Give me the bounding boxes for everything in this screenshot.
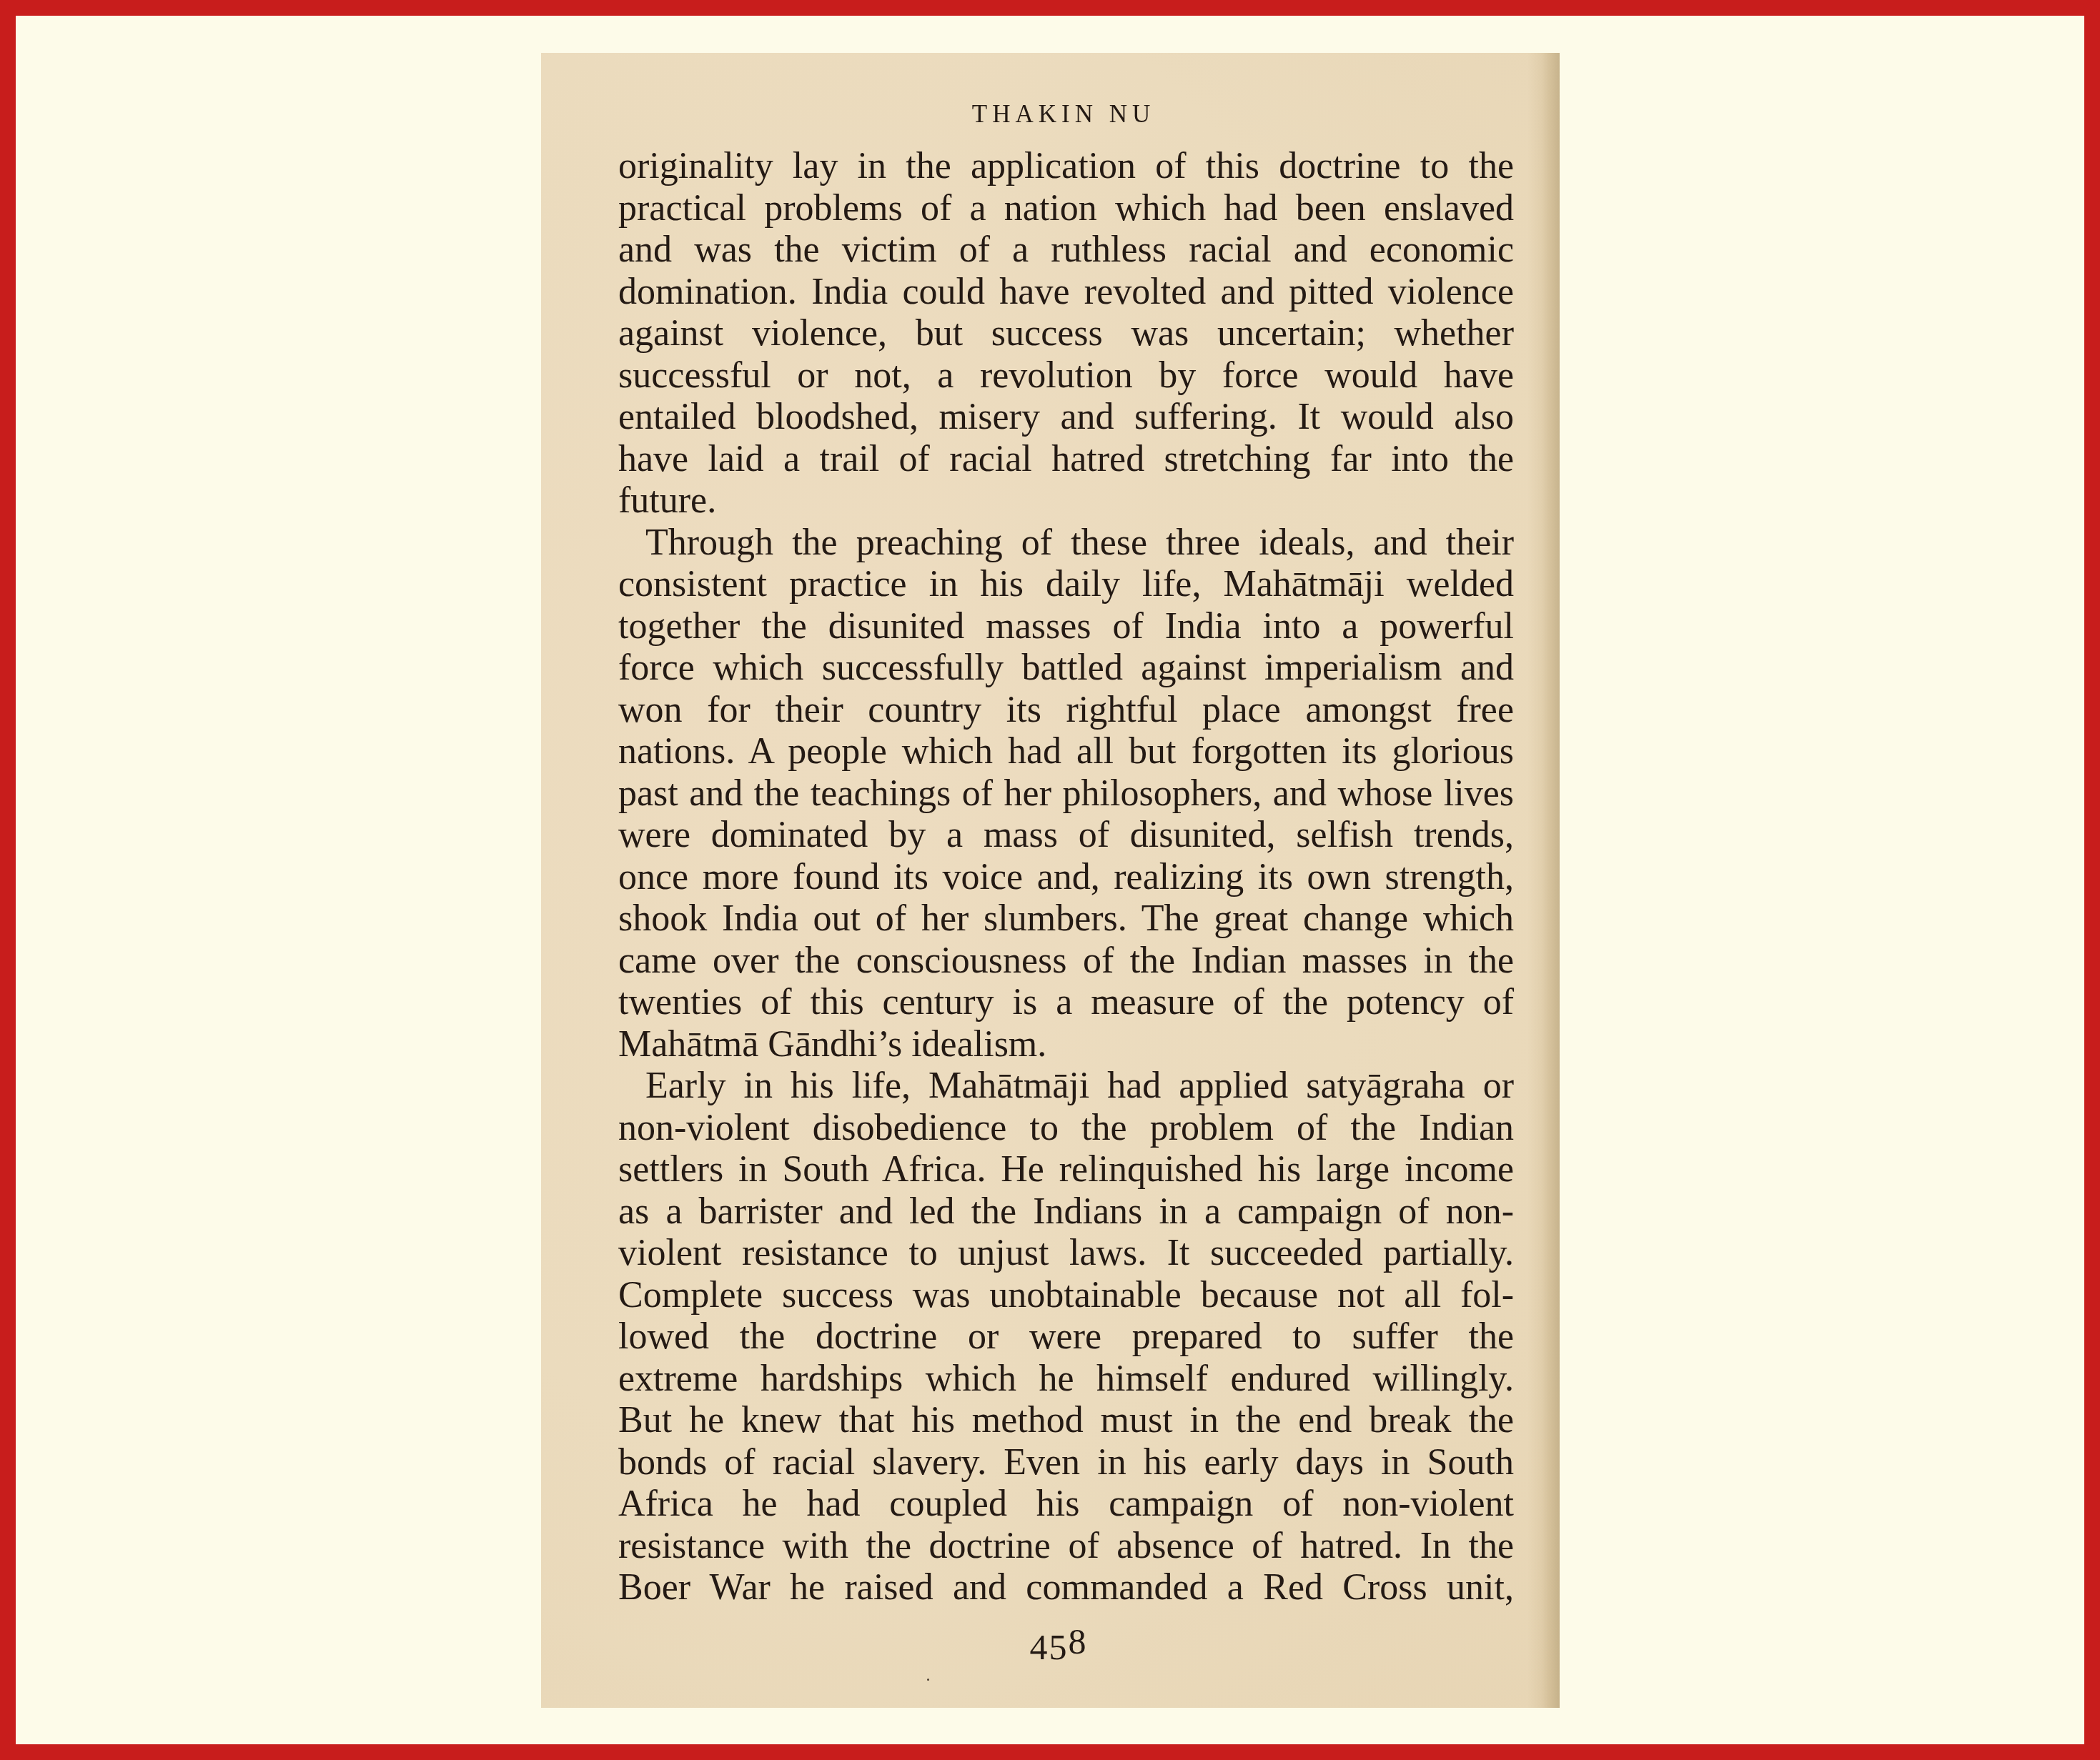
text-line: came over the consciousness of the India… — [618, 940, 1514, 983]
text-line-paragraph-start: Early in his life, Mahātmāji had applied… — [618, 1065, 1514, 1108]
text-line: extreme hardships which he himself endur… — [618, 1358, 1514, 1401]
text-line: Complete success was unobtainable becaus… — [618, 1275, 1514, 1317]
book-page: THAKIN NU originality lay in the applica… — [541, 53, 1560, 1708]
text-line-paragraph-start: Through the preaching of these three ide… — [618, 522, 1514, 565]
text-line: Boer War he raised and commanded a Red C… — [618, 1567, 1514, 1609]
text-line: and was the victim of a ruthless racial … — [618, 229, 1514, 272]
text-line: violent resistance to unjust laws. It su… — [618, 1233, 1514, 1275]
page-number: 458 — [541, 1622, 1560, 1672]
text-line-paragraph-end: future. — [618, 480, 1514, 522]
running-head: THAKIN NU — [541, 100, 1560, 129]
text-line: past and the teachings of her philosophe… — [618, 773, 1514, 815]
text-line: force which successfully battled against… — [618, 647, 1514, 690]
text-line: were dominated by a mass of disunited, s… — [618, 815, 1514, 857]
text-line: successful or not, a revolution by force… — [618, 355, 1514, 397]
text-line: once more found its voice and, realizing… — [618, 857, 1514, 899]
text-line: practical problems of a nation which had… — [618, 188, 1514, 230]
text-line: lowed the doctrine or were prepared to s… — [618, 1316, 1514, 1358]
scan-speck — [927, 1679, 929, 1681]
text-line: non-violent disobedience to the problem … — [618, 1108, 1514, 1150]
text-line: domination. India could have revolted an… — [618, 272, 1514, 314]
page-number-prefix: 45 — [1030, 1627, 1069, 1667]
text-line: nations. A people which had all but forg… — [618, 731, 1514, 773]
page-number-last-digit: 8 — [1069, 1621, 1088, 1661]
text-line: resistance with the doctrine of absence … — [618, 1526, 1514, 1568]
text-line: But he knew that his method must in the … — [618, 1400, 1514, 1442]
text-line: against violence, but success was uncert… — [618, 313, 1514, 355]
text-line: Africa he had coupled his campaign of no… — [618, 1483, 1514, 1526]
text-line: bonds of racial slavery. Even in his ear… — [618, 1442, 1514, 1484]
text-line: won for their country its rightful place… — [618, 690, 1514, 732]
text-line: as a barrister and led the Indians in a … — [618, 1191, 1514, 1233]
text-line-paragraph-end: Mahātmā Gāndhi’s idealism. — [618, 1024, 1514, 1066]
text-line: consistent practice in his daily life, M… — [618, 564, 1514, 606]
text-line: together the disunited masses of India i… — [618, 606, 1514, 648]
text-line: twenties of this century is a measure of… — [618, 982, 1514, 1024]
body-text: originality lay in the application of th… — [618, 146, 1514, 1609]
text-line: entailed bloodshed, misery and suffering… — [618, 397, 1514, 439]
text-line: originality lay in the application of th… — [618, 146, 1514, 188]
text-line: shook India out of her slumbers. The gre… — [618, 898, 1514, 940]
text-line: have laid a trail of racial hatred stret… — [618, 439, 1514, 481]
text-line: settlers in South Africa. He relinquishe… — [618, 1149, 1514, 1191]
